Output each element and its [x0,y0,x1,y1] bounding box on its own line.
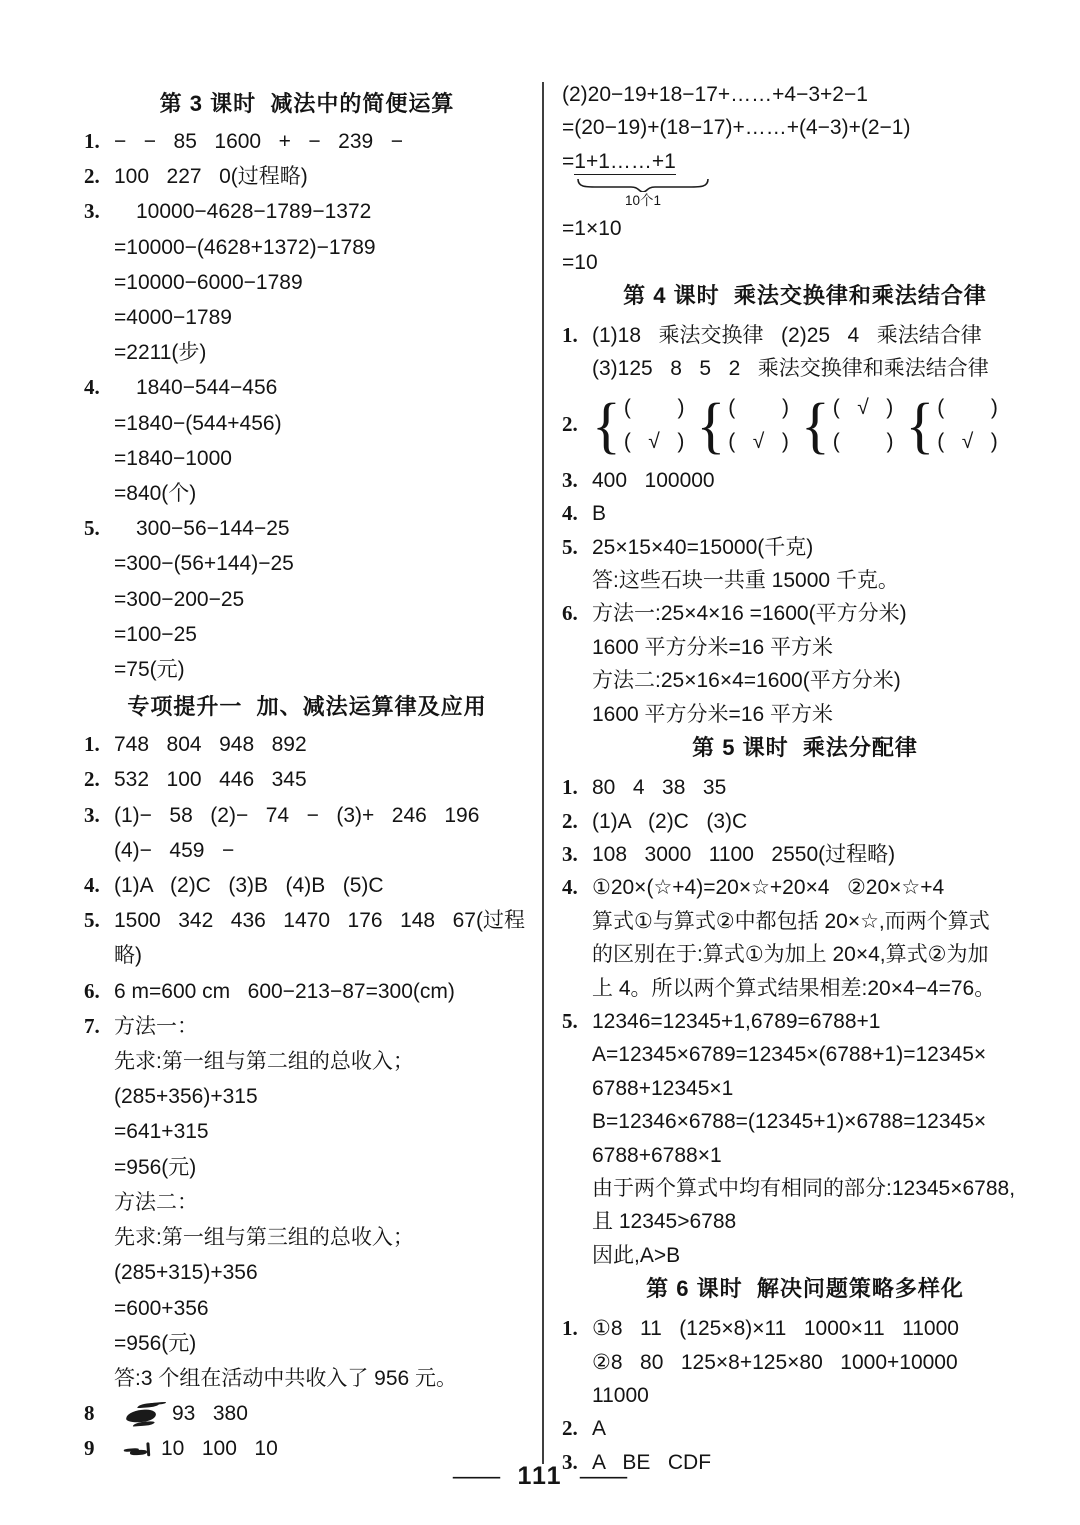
brace-group: {( )( √ ) [905,391,997,459]
brace-option-top: ( ) [624,391,685,425]
item-number: 4. [84,370,114,405]
item-number: 1. [84,124,114,159]
answer-line: =1×10 [562,212,1048,245]
answer-text: =641+315 [114,1114,209,1149]
answer-text: B=12346×6788=(12345+1)×6788=12345× [592,1105,986,1138]
brace-group: {( )( √ ) [592,391,684,459]
item-number: 4. [562,497,592,530]
answer-line: B=12346×6788=(12345+1)×6788=12345× [562,1105,1048,1138]
item-number: 2. [84,762,114,797]
answer-text: 算式①与算式②中都包括 20×☆,而两个算式 [592,905,990,938]
answer-item: 5.300−56−144−25 [84,511,530,546]
answer-text: =75(元) [114,652,185,687]
answer-text: =956(元) [114,1326,196,1361]
answer-item: 2.(1)A (2)C (3)C [562,805,1048,838]
answer-text: =300−(56+144)−25 [114,546,294,581]
answer-item: 1.80 4 38 35 [562,771,1048,804]
answer-line: 1600 平方分米=16 平方米 [562,698,1048,731]
answer-text: A=12345×6789=12345×(6788+1)=12345× [592,1038,986,1071]
answer-item: 2.100 227 0(过程略) [84,159,530,194]
answer-text: 748 804 948 892 [114,727,307,762]
answer-text: 400 100000 [592,464,715,497]
section-header: 第 4 课时 乘法交换律和乘法结合律 [562,279,1048,319]
item-number: 5. [84,903,114,938]
answer-item: 3.108 3000 1100 2550(过程略) [562,838,1048,871]
answer-text: 由于两个算式中均有相同的部分:12345×6788, [592,1172,1015,1205]
answer-text: 先求:第一组与第三组的总收入； [114,1220,414,1255]
answer-text: 1500 342 436 1470 176 148 67(过程略) [114,903,530,973]
answer-line: =641+315 [84,1114,530,1149]
item-number: 3. [84,194,114,229]
smudge-mark [126,1409,157,1424]
answer-text: − − 85 1600 + − 239 − [114,124,403,159]
answer-text: =100−25 [114,617,197,652]
brace-options: ( )( √ ) [937,391,998,459]
answer-item: 4.(1)A (2)C (3)B (4)B (5)C [84,868,530,903]
brace-options: ( √ )( ) [833,391,894,459]
answer-text: 300−56−144−25 [114,511,290,546]
answer-text: (2)20−19+18−17+……+4−3+2−1 [562,78,868,111]
answer-text: B [592,497,606,530]
answer-text: (285+356)+315 [114,1079,258,1114]
answer-line: 且 12345>6788 [562,1205,1048,1238]
answer-item: 1.748 804 948 892 [84,727,530,762]
item-number: 1. [562,771,592,804]
answer-text: (3)125 8 5 2 乘法交换律和乘法结合律 [592,352,989,385]
item-number: 3. [562,464,592,497]
answer-text: =10 [562,246,598,279]
item-number: 8 [84,1396,114,1431]
answer-text: 6 m=600 cm 600−213−87=300(cm) [114,974,455,1009]
item-number: 2. [562,1412,592,1445]
answer-item: 2.532 100 446 345 [84,762,530,797]
answer-text: 1600 平方分米=16 平方米 [592,631,833,664]
answer-line: =956(元) [84,1326,530,1361]
answer-line: 因此,A>B [562,1239,1048,1272]
answer-text: 10000−4628−1789−1372 [114,194,371,229]
item-number: 6. [84,974,114,1009]
curly-brace-icon: { [592,393,621,456]
answer-text: 方法二:25×16×4=1600(平方分米) [592,664,901,697]
section-header: 第 3 课时 减法中的简便运算 [84,84,530,124]
answer-text: 532 100 446 345 [114,762,307,797]
answer-text: 的区别在于:算式①为加上 20×4,算式②为加 [592,938,988,971]
item-number: 2. [562,408,592,441]
item-number: 5. [562,1005,592,1038]
underbrace-icon [562,178,1048,192]
answer-item: 1.− − 85 1600 + − 239 − [84,124,530,159]
answer-text: =(20−19)+(18−17)+……+(4−3)+(2−1) [562,111,910,144]
answer-line: 11000 [562,1379,1048,1412]
answer-text: 80 4 38 35 [592,771,726,804]
answer-text: (1)− 58 (2)− 74 − (3)+ 246 196 [114,798,479,833]
brace-option-bottom: ( √ ) [937,425,998,459]
item-number: 1. [562,319,592,352]
answer-item: 6.6 m=600 cm 600−213−87=300(cm) [84,974,530,1009]
answer-text: (1)A (2)C (3)B (4)B (5)C [114,868,384,903]
answer-line: =75(元) [84,652,530,687]
brace-option-bottom: ( √ ) [624,425,685,459]
answer-item: 1.①8 11 (125×8)×11 1000×11 11000 [562,1312,1048,1345]
answer-line: 上 4。所以两个算式结果相差:20×4−4=76。 [562,972,1048,1005]
item-number: 4. [84,868,114,903]
answer-line: =1+1……+1 [562,145,1048,178]
answer-line: 的区别在于:算式①为加上 20×4,算式②为加 [562,938,1048,971]
answer-item: 4.①20×(☆+4)=20×☆+20×4 ②20×☆+4 [562,871,1048,904]
answer-line: 6788+12345×1 [562,1072,1048,1105]
item-number: 7. [84,1009,114,1044]
answer-line: 6788+6788×1 [562,1139,1048,1172]
answer-text: (1)18 乘法交换律 (2)25 4 乘法结合律 [592,319,982,352]
answer-text: 方法二： [114,1185,198,1220]
answer-text: 100 227 0(过程略) [114,159,308,194]
answer-line: =10 [562,246,1048,279]
curly-brace-icon: { [905,393,934,456]
underbrace-expression: =1+1……+110个1 [562,145,1048,212]
answer-item: 1.(1)18 乘法交换律 (2)25 4 乘法结合律 [562,319,1048,352]
answer-line: =956(元) [84,1150,530,1185]
answer-text: =956(元) [114,1150,196,1185]
answer-item: 3.400 100000 [562,464,1048,497]
answer-line: =600+356 [84,1291,530,1326]
answer-line: 方法二： [84,1185,530,1220]
answer-text: =300−200−25 [114,582,244,617]
answer-item: 5.25×15×40=15000(千克) [562,531,1048,564]
curly-brace-icon: { [696,393,725,456]
curly-brace-icon: { [801,393,830,456]
answer-item: 4.1840−544−456 [84,370,530,405]
answer-text: ①8 11 (125×8)×11 1000×11 11000 [592,1312,959,1345]
answer-text: 12346=12345+1,6789=6788+1 [592,1005,880,1038]
item-number: 5. [84,511,114,546]
brace-group: {( √ )( ) [801,391,893,459]
item-number: 4. [562,871,592,904]
answer-item: 2.A [562,1412,1048,1445]
right-column: (2)20−19+18−17+……+4−3+2−1=(20−19)+(18−17… [562,78,1048,1479]
left-column: 第 3 课时 减法中的简便运算1.− − 85 1600 + − 239 −2.… [84,84,530,1467]
answer-text: 93 380 [172,1396,248,1431]
answer-text: 11000 [592,1379,649,1412]
answer-text: (4)− 459 − [114,833,234,868]
answer-line: =10000−(4628+1372)−1789 [84,230,530,265]
answer-line: 先求:第一组与第三组的总收入； [84,1220,530,1255]
answer-text: 1840−544−456 [114,370,277,405]
item-number: 3. [84,798,114,833]
answer-line: ②8 80 125×8+125×80 1000+10000 [562,1346,1048,1379]
answer-line: 先求:第一组与第二组的总收入； [84,1044,530,1079]
answer-item: 3.10000−4628−1789−1372 [84,194,530,229]
answer-text: =2211(步) [114,335,206,370]
brace-options: ( )( √ ) [624,391,685,459]
section-header: 专项提升一 加、减法运算律及应用 [84,687,530,727]
answer-text: =10000−(4628+1372)−1789 [114,230,376,265]
answer-text: A [592,1412,606,1445]
section-header: 第 6 课时 解决问题策略多样化 [562,1272,1048,1312]
brace-option-bottom: ( ) [833,425,894,459]
answer-line: 由于两个算式中均有相同的部分:12345×6788, [562,1172,1048,1205]
brace-option-top: ( ) [728,391,789,425]
answer-line: (4)− 459 − [84,833,530,868]
smudge-mark [130,1450,147,1456]
answer-line: =(20−19)+(18−17)+……+(4−3)+(2−1) [562,111,1048,144]
answer-text: 1600 平方分米=16 平方米 [592,698,833,731]
answer-item: 6.方法一:25×4×16 =1600(平方分米) [562,597,1048,630]
brace-option-bottom: ( √ ) [728,425,789,459]
answer-text: 先求:第一组与第二组的总收入； [114,1044,414,1079]
answer-line: 答:3 个组在活动中共收入了 956 元。 [84,1361,530,1396]
answer-text: 且 12345>6788 [592,1205,736,1238]
workbook-page: 第 3 课时 减法中的简便运算1.− − 85 1600 + − 239 −2.… [0,0,1080,1525]
answer-text: (1)A (2)C (3)C [592,805,747,838]
answer-text: 6788+12345×1 [592,1072,733,1105]
answer-line: 算式①与算式②中都包括 20×☆,而两个算式 [562,905,1048,938]
answer-text: 108 3000 1100 2550(过程略) [592,838,895,871]
answer-line: (3)125 8 5 2 乘法交换律和乘法结合律 [562,352,1048,385]
answer-text: 答:这些石块一共重 15000 千克。 [592,564,899,597]
answer-text: 因此,A>B [592,1239,680,1272]
item-number: 2. [84,159,114,194]
answer-line: 1600 平方分米=16 平方米 [562,631,1048,664]
answer-text: 上 4。所以两个算式结果相差:20×4−4=76。 [592,972,995,1005]
answer-text: =10000−6000−1789 [114,265,303,300]
answer-text: =1×10 [562,212,622,245]
answer-line: (285+356)+315 [84,1079,530,1114]
brace-group: {( )( √ ) [696,391,788,459]
answer-item: 5.1500 342 436 1470 176 148 67(过程略) [84,903,530,973]
answer-text: =1840−(544+456) [114,406,282,441]
answer-line: =1840−(544+456) [84,406,530,441]
brace-options: ( )( √ ) [728,391,789,459]
answer-item: 3.(1)− 58 (2)− 74 − (3)+ 246 196 [84,798,530,833]
answer-line: =840(个) [84,476,530,511]
brace-option-top: ( √ ) [833,391,894,425]
answer-text: (285+315)+356 [114,1255,258,1290]
answer-text: =4000−1789 [114,300,232,335]
answer-text: 方法一： [114,1009,198,1044]
answer-text: =1+1……+1 [562,145,676,178]
answer-text: 6788+6788×1 [592,1139,722,1172]
item-number: 1. [562,1312,592,1345]
page-number-value: 111 [518,1462,563,1490]
answer-line: (2)20−19+18−17+……+4−3+2−1 [562,78,1048,111]
answer-line: 方法二:25×16×4=1600(平方分米) [562,664,1048,697]
answer-item: 2.{( )( √ ){( )( √ ){( √ )( ){( )( √ ) [562,386,1048,464]
answer-text: =600+356 [114,1291,209,1326]
answer-line: (285+315)+356 [84,1255,530,1290]
answer-line: =300−(56+144)−25 [84,546,530,581]
item-number: 5. [562,531,592,564]
answer-text: 答:3 个组在活动中共收入了 956 元。 [114,1361,457,1396]
answer-item: 4.B [562,497,1048,530]
answer-line: =10000−6000−1789 [84,265,530,300]
answer-text: ①20×(☆+4)=20×☆+20×4 ②20×☆+4 [592,871,944,904]
answer-text: 25×15×40=15000(千克) [592,531,813,564]
answer-item: 893 380 [84,1396,530,1431]
brace-groups: {( )( √ ){( )( √ ){( √ )( ){( )( √ ) [592,391,1010,459]
item-number: 3. [562,838,592,871]
answer-line: =1840−1000 [84,441,530,476]
section-header: 第 5 课时 乘法分配律 [562,731,1048,771]
answer-line: =2211(步) [84,335,530,370]
answer-line: 答:这些石块一共重 15000 千克。 [562,564,1048,597]
item-number: 2. [562,805,592,838]
answer-text: =1840−1000 [114,441,232,476]
page-number-dash-right: — [580,1456,628,1496]
brace-option-top: ( ) [937,391,998,425]
answer-text: =840(个) [114,476,196,511]
underbrace-label: 10个1 [562,192,709,212]
answer-line: A=12345×6789=12345×(6788+1)=12345× [562,1038,1048,1071]
answer-line: =4000−1789 [84,300,530,335]
column-divider [542,82,544,1464]
answer-item: 7.方法一： [84,1009,530,1044]
answer-text: 方法一:25×4×16 =1600(平方分米) [592,597,907,630]
page-number-dash-left: — [452,1456,500,1496]
answer-item: 5.12346=12345+1,6789=6788+1 [562,1005,1048,1038]
answer-text: ②8 80 125×8+125×80 1000+10000 [592,1346,958,1379]
page-number: — 111 — [0,1456,1080,1496]
item-number: 1. [84,727,114,762]
answer-line: =100−25 [84,617,530,652]
answer-line: =300−200−25 [84,582,530,617]
item-number: 6. [562,597,592,630]
underbraced-text: 1+1……+1 [574,150,676,175]
